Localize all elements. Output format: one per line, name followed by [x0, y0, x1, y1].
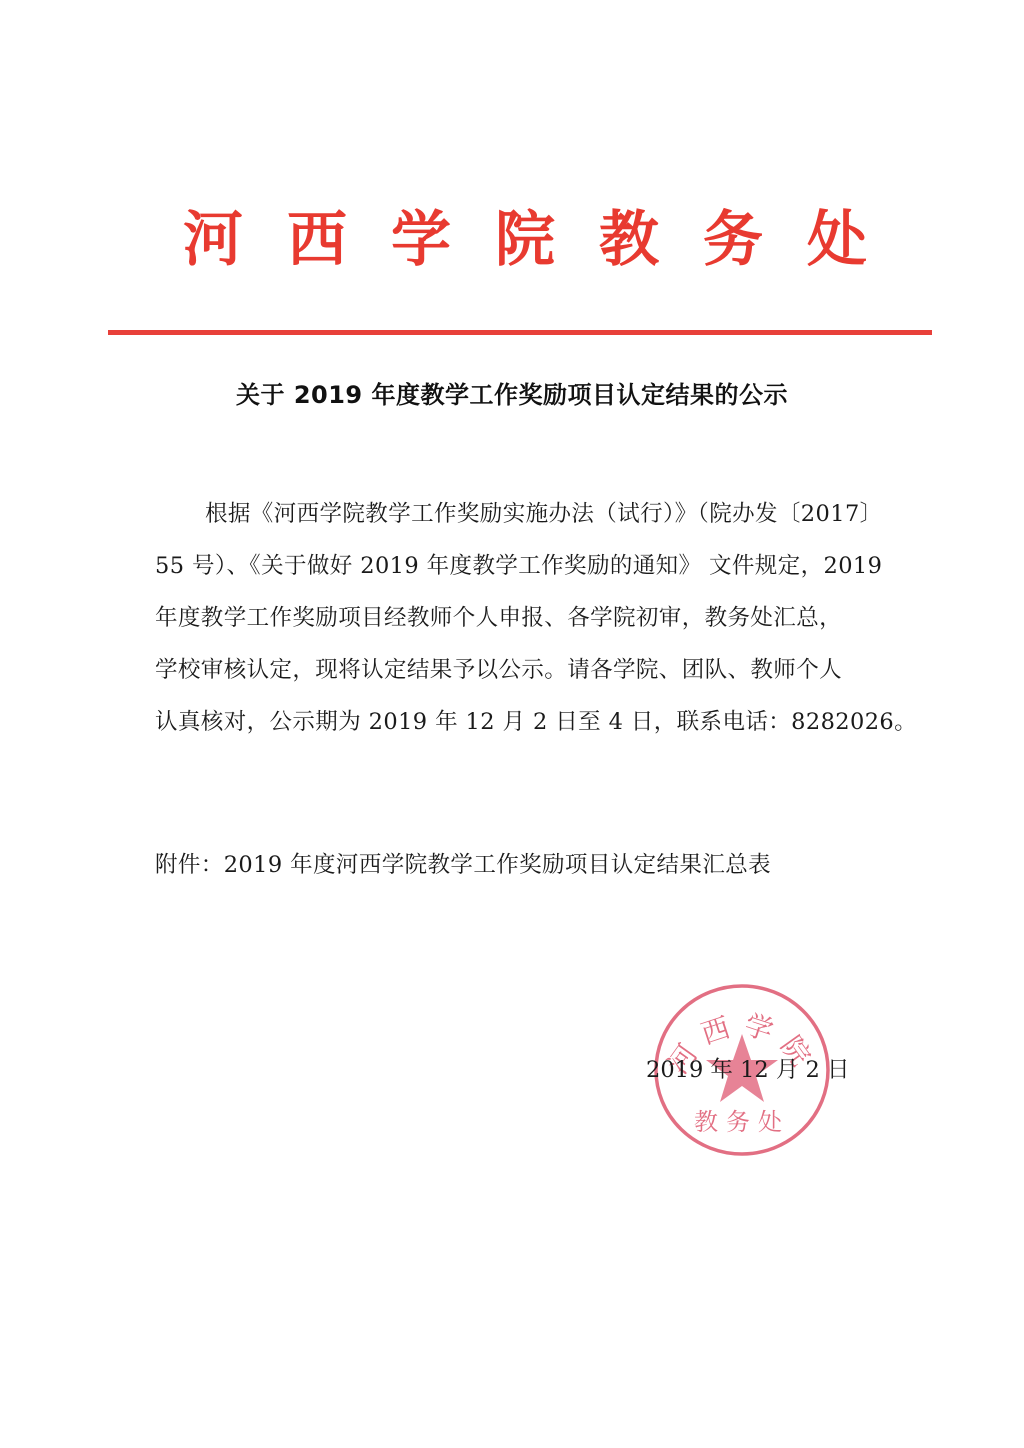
- letterhead-char: 西: [284, 203, 350, 278]
- body-line: 认真核对，公示期为 2019 年 12 月 2 日至 4 日，联系电话：8282…: [155, 696, 875, 748]
- body-line: 55 号）、《关于做好 2019 年度教学工作奖励的通知》 文件规定，2019: [155, 540, 875, 592]
- letterhead-char: 处: [804, 203, 870, 278]
- document-page: 河 西 学 院 教 务 处 关于 2019 年度教学工作奖励项目认定结果的公示 …: [0, 0, 1024, 1448]
- notice-body: 根据《河西学院教学工作奖励实施办法（试行）》（院办发〔2017〕 55 号）、《…: [155, 488, 875, 748]
- letterhead-char: 河: [180, 203, 246, 278]
- letterhead-red-divider: [108, 330, 932, 335]
- letterhead-char: 务: [700, 203, 766, 278]
- letterhead-char: 院: [492, 203, 558, 278]
- letterhead-org-name: 河 西 学 院 教 务 处: [180, 203, 870, 278]
- letterhead-char: 教: [596, 203, 662, 278]
- attachment-line: 附件：2019 年度河西学院教学工作奖励项目认定结果汇总表: [155, 840, 875, 890]
- body-line: 学校审核认定，现将认定结果予以公示。请各学院、团队、教师个人: [155, 644, 875, 696]
- issue-date: 2019 年 12 月 2 日: [646, 1048, 849, 1092]
- letterhead-char: 学: [388, 203, 454, 278]
- body-line: 年度教学工作奖励项目经教师个人申报、各学院初审，教务处汇总，: [155, 592, 875, 644]
- body-line: 根据《河西学院教学工作奖励实施办法（试行）》（院办发〔2017〕: [155, 488, 875, 540]
- notice-title: 关于 2019 年度教学工作奖励项目认定结果的公示: [0, 375, 1024, 415]
- seal-bottom-text: 教务处: [694, 1108, 790, 1136]
